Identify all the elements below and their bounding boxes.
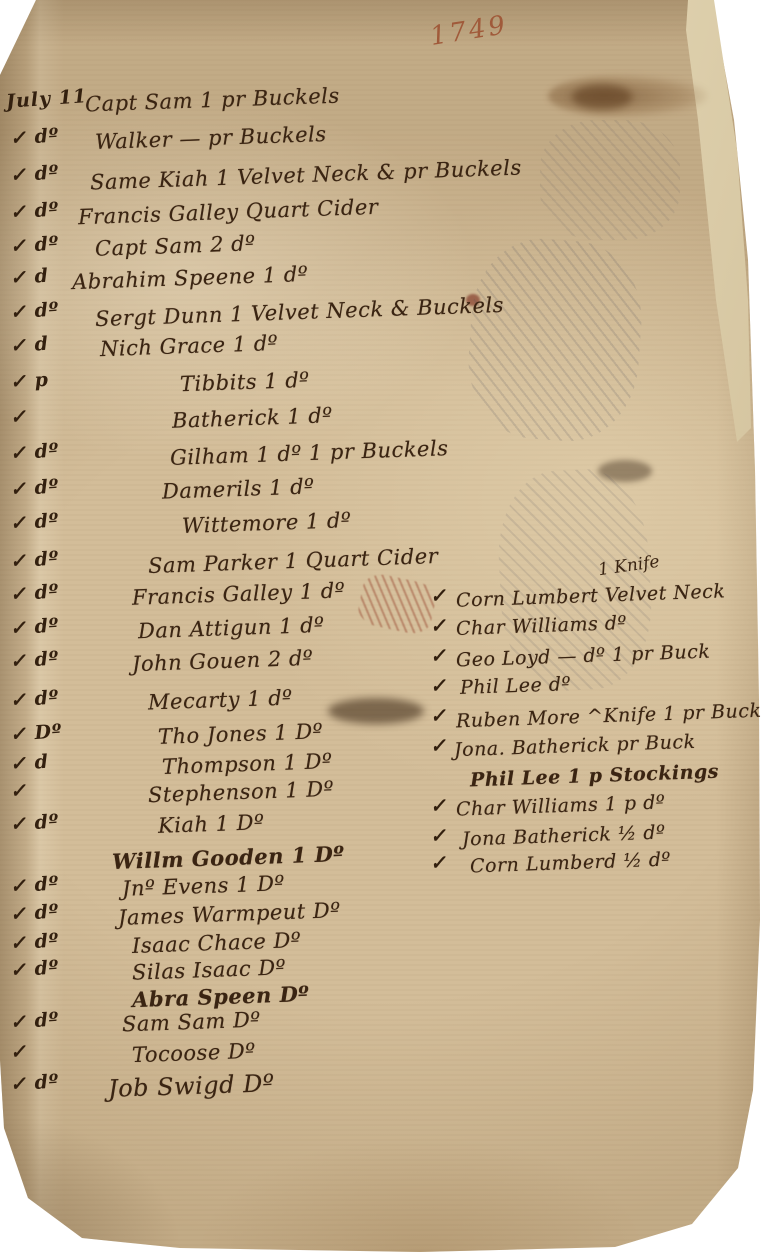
entry-text: Gilham 1 dº 1 pr Buckels <box>170 436 449 470</box>
check-mark: ✓ dº <box>9 580 60 605</box>
ledger-entry: ✓ dºSam Sam Dº <box>0 1010 766 1044</box>
entry-text: Capt Sam 2 dº <box>95 231 256 261</box>
entry-text: Jona Batherick ½ dº <box>462 821 666 850</box>
check-mark: ✓ dº <box>9 614 60 639</box>
check-mark: ✓ dº <box>9 872 60 897</box>
ledger-entry: ✓ dAbrahim Speene 1 dº <box>0 266 766 300</box>
check-mark: ✓ dº <box>9 686 60 711</box>
entry-text: Francis Galley 1 dº <box>132 578 346 609</box>
check-mark: ✓ dº <box>9 956 60 981</box>
ledger-entry: ✓ dºDamerils 1 dº <box>0 477 766 511</box>
ledger-entry: ✓ dºFrancis Galley Quart Cider <box>0 200 766 234</box>
entry-text: Jona. Batherick pr Buck <box>454 731 696 761</box>
entry-text: Tocoose Dº <box>132 1039 256 1067</box>
entry-text: Corn Lumbert Velvet Neck <box>456 580 726 611</box>
entry-text: Isaac Chace Dº <box>132 928 302 958</box>
entry-text: Mecarty 1 dº <box>148 685 293 714</box>
ledger-entry: ✓Batherick 1 dº <box>0 406 766 440</box>
entry-text: John Gouen 2 dº <box>132 646 314 676</box>
entry-text: Wittemore 1 dº <box>182 508 352 538</box>
entry-text: Tho Jones 1 Dº <box>158 719 324 749</box>
ledger-entry: ✓ dNich Grace 1 dº <box>0 334 766 368</box>
check-mark: ✓ d <box>9 265 49 290</box>
check-mark: ✓ <box>429 614 447 637</box>
entry-text: Silas Isaac Dº <box>132 955 287 984</box>
check-mark: ✓ <box>9 1040 27 1063</box>
entry-text: Willm Gooden 1 Dº <box>112 841 345 874</box>
check-mark: ✓ p <box>9 369 49 394</box>
manuscript-scan: 1749 July 11Capt Sam 1 pr Buckels ✓ dºWa… <box>0 0 766 1256</box>
ledger-entry: ✓ dºWalker — pr Buckels <box>0 126 766 160</box>
ledger-entry: ✓ dºSergt Dunn 1 Velvet Neck & Buckels <box>0 300 766 334</box>
entry-text: Sam Sam Dº <box>122 1008 261 1037</box>
check-mark: ✓ <box>9 779 27 802</box>
entry-text: Phil Lee 1 p Stockings <box>470 761 720 792</box>
check-mark: ✓ <box>429 704 447 727</box>
check-mark: ✓ dº <box>9 439 60 464</box>
ledger-entry: ✓ dºSame Kiah 1 Velvet Neck & pr Buckels <box>0 163 766 197</box>
entry-text: Sam Parker 1 Quart Cider <box>148 544 439 578</box>
check-mark: ✓ <box>429 851 447 874</box>
entry-text: Geo Loyd — dº 1 pr Buck <box>456 641 711 672</box>
entry-text: Job Swigd Dº <box>108 1069 275 1103</box>
check-mark: ✓ dº <box>9 1008 60 1033</box>
check-mark: ✓ dº <box>9 1070 60 1095</box>
entry-text: Ruben More ^Knife 1 pr Buck <box>456 700 762 733</box>
entry-text: Capt Sam 1 pr Buckels <box>85 84 340 117</box>
check-mark: ✓ <box>429 584 447 607</box>
entry-text: Francis Galley Quart Cider <box>78 195 379 229</box>
check-mark: ✓ d <box>9 333 49 358</box>
entry-text: Nich Grace 1 dº <box>100 331 279 361</box>
ledger-entry: ✓ dºCapt Sam 2 dº <box>0 234 766 268</box>
check-mark: ✓ dº <box>9 298 60 323</box>
check-mark: ✓ dº <box>9 810 60 835</box>
check-mark: ✓ dº <box>9 161 60 186</box>
check-mark: ✓ <box>9 405 27 428</box>
ledger-entry: ✓Geo Loyd — dº 1 pr Buck <box>430 645 766 679</box>
check-mark: ✓ <box>429 674 447 697</box>
check-mark: ✓ <box>429 794 447 817</box>
entry-text: Char Williams dº <box>456 612 628 640</box>
entry-text: Damerils 1 dº <box>162 474 315 503</box>
check-mark: ✓ dº <box>9 647 60 672</box>
entry-text: James Warmpeut Dº <box>118 898 341 930</box>
check-mark: ✓ dº <box>9 509 60 534</box>
check-mark: ✓ dº <box>9 198 60 223</box>
entry-text: Dan Attigun 1 dº <box>138 613 325 643</box>
entry-text: Jnº Evens 1 Dº <box>122 871 286 901</box>
entry-text: Abra Speen Dº <box>132 981 310 1012</box>
entry-text: Phil Lee dº <box>460 673 572 699</box>
check-mark: ✓ dº <box>9 547 60 572</box>
entry-text: Abrahim Speene 1 dº <box>72 262 309 294</box>
check-mark: ✓ dº <box>9 124 60 149</box>
check-mark: ✓ <box>429 734 447 757</box>
entry-text: Char Williams 1 p dº <box>456 791 666 820</box>
ledger-entry: ✓Corn Lumberd ½ dº <box>430 852 766 886</box>
entry-text: Walker — pr Buckels <box>95 122 327 154</box>
entry-text: Kiah 1 Dº <box>158 810 265 838</box>
check-mark: ✓ dº <box>9 929 60 954</box>
check-mark: ✓ d <box>9 751 49 776</box>
ledger-entry: ✓ dºWittemore 1 dº <box>0 511 766 545</box>
entry-text: Stephenson 1 Dº <box>148 777 335 807</box>
check-mark: ✓ dº <box>9 232 60 257</box>
ledger-entry: ✓Tocoose Dº <box>0 1041 766 1075</box>
ledger-entry: ✓ dºGilham 1 dº 1 pr Buckels <box>0 441 766 475</box>
ledger-entry: ✓ pTibbits 1 dº <box>0 370 766 404</box>
check-mark: ✓ dº <box>9 475 60 500</box>
entry-text: Batherick 1 dº <box>172 403 333 433</box>
ledger-entry: ✓ dºJob Swigd Dº <box>0 1072 766 1106</box>
check-mark: ✓ Dº <box>9 720 63 746</box>
margin-date: July 11 <box>5 85 87 113</box>
entry-text: Corn Lumberd ½ dº <box>470 849 672 878</box>
entry-text: Tibbits 1 dº <box>180 368 310 397</box>
check-mark: ✓ <box>429 824 447 847</box>
ledger-entry: July 11Capt Sam 1 pr Buckels <box>0 88 766 122</box>
entry-text: Thompson 1 Dº <box>162 749 333 779</box>
check-mark: ✓ dº <box>9 900 60 925</box>
check-mark: ✓ <box>429 644 447 667</box>
